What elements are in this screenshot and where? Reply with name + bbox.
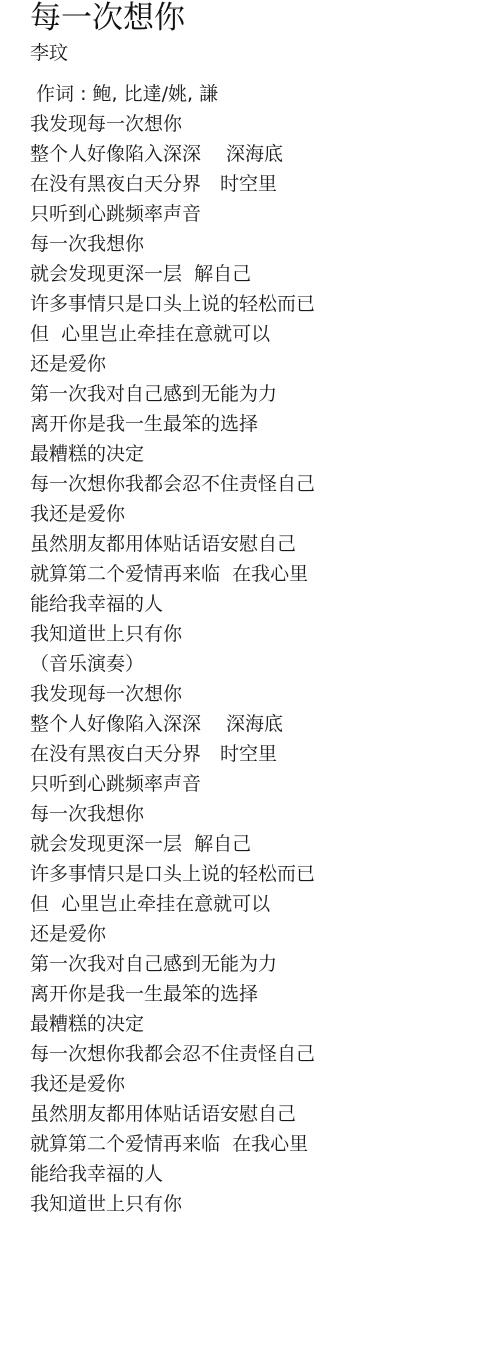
lyric-line: 我知道世上只有你: [30, 619, 490, 649]
lyric-line: 只听到心跳频率声音: [30, 769, 490, 799]
lyric-line: 就算第二个爱情再来临 在我心里: [30, 559, 490, 589]
lyric-line: 能给我幸福的人: [30, 589, 490, 619]
lyrics-body: 作词 : 鲍, 比達/姚, 謙 我发现每一次想你 整个人好像陷入深深 深海底 在…: [30, 79, 490, 1219]
lyric-line: 离开你是我一生最笨的选择: [30, 979, 490, 1009]
lyric-line: 能给我幸福的人: [30, 1159, 490, 1189]
lyric-line: 就会发现更深一层 解自己: [30, 829, 490, 859]
lyric-line: 第一次我对自己感到无能为力: [30, 949, 490, 979]
lyric-line: 每一次我想你: [30, 229, 490, 259]
lyric-line: 但 心里岂止牵挂在意就可以: [30, 889, 490, 919]
lyric-line: 就会发现更深一层 解自己: [30, 259, 490, 289]
lyrics-page: 每一次想你 李玟 作词 : 鲍, 比達/姚, 謙 我发现每一次想你 整个人好像陷…: [30, 0, 490, 1219]
lyric-line: 还是爱你: [30, 919, 490, 949]
lyric-line: 我发现每一次想你: [30, 679, 490, 709]
lyric-line: 第一次我对自己感到无能为力: [30, 379, 490, 409]
lyric-line: 只听到心跳频率声音: [30, 199, 490, 229]
lyric-line: 许多事情只是口头上说的轻松而已: [30, 289, 490, 319]
lyric-line: 我还是爱你: [30, 499, 490, 529]
lyric-line: 虽然朋友都用体贴话语安慰自己: [30, 1099, 490, 1129]
lyric-line: 我发现每一次想你: [30, 109, 490, 139]
lyric-line: 在没有黑夜白天分界 时空里: [30, 739, 490, 769]
lyric-line: 就算第二个爱情再来临 在我心里: [30, 1129, 490, 1159]
lyric-line: 我还是爱你: [30, 1069, 490, 1099]
artist-name: 李玟: [30, 40, 490, 66]
song-title: 每一次想你: [30, 0, 490, 36]
lyric-line: 每一次我想你: [30, 799, 490, 829]
lyric-line: 在没有黑夜白天分界 时空里: [30, 169, 490, 199]
lyric-line: 我知道世上只有你: [30, 1189, 490, 1219]
lyric-line: 还是爱你: [30, 349, 490, 379]
lyric-line: 整个人好像陷入深深 深海底: [30, 139, 490, 169]
lyricist-credits: 作词 : 鲍, 比達/姚, 謙: [30, 79, 490, 109]
lyric-line: 离开你是我一生最笨的选择: [30, 409, 490, 439]
instrumental-note: （音乐演奏）: [30, 649, 490, 679]
lyric-line: 但 心里岂止牵挂在意就可以: [30, 319, 490, 349]
lyric-line: 每一次想你我都会忍不住责怪自己: [30, 1039, 490, 1069]
lyric-line: 虽然朋友都用体贴话语安慰自己: [30, 529, 490, 559]
lyric-line: 许多事情只是口头上说的轻松而已: [30, 859, 490, 889]
lyric-line: 每一次想你我都会忍不住责怪自己: [30, 469, 490, 499]
lyric-line: 整个人好像陷入深深 深海底: [30, 709, 490, 739]
lyric-line: 最糟糕的决定: [30, 439, 490, 469]
lyric-line: 最糟糕的决定: [30, 1009, 490, 1039]
